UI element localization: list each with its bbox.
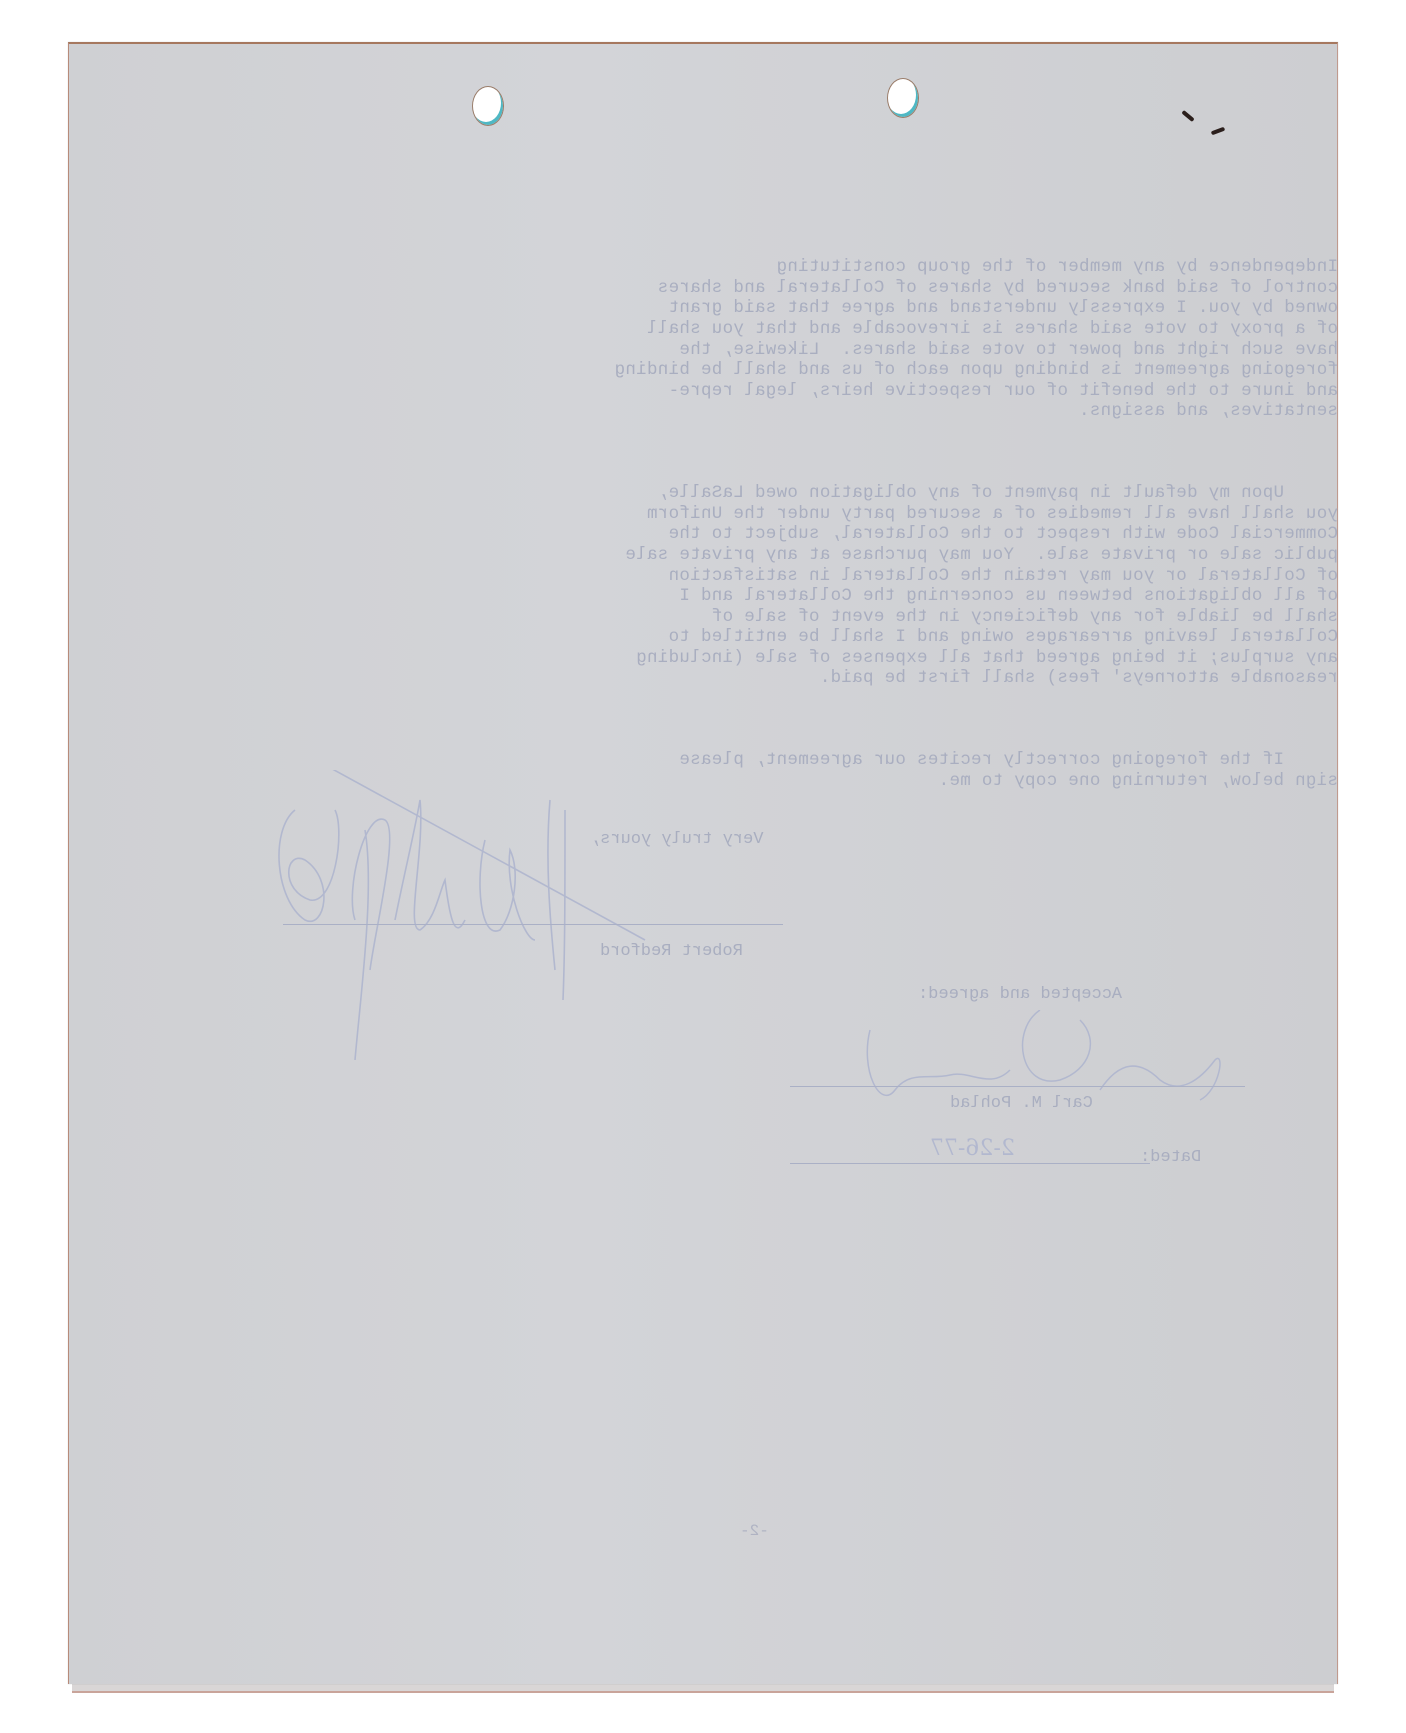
dated-value: 2-26-77 [930,1136,1015,1161]
dated-label: Dated: [1140,1148,1201,1167]
punch-hole-left [472,86,504,126]
signature-line-robert-redford [283,924,783,925]
paragraph-default-remedies: Upon my default in payment of any obliga… [318,483,1338,689]
accepted-label: Accepted and agreed: [918,985,1122,1004]
signer-name: Robert Redford [600,942,743,961]
signature-line-carl-pohlad [790,1086,1245,1087]
date-line [790,1163,1150,1164]
page-number: -2- [740,1522,769,1540]
edge-mark [1211,127,1226,136]
signature-robert-redford [265,770,785,1060]
punch-hole-right [887,78,919,118]
countersigner-name: Carl M. Pohlad [950,1094,1093,1113]
paragraph-voting-proxy: Independence by any member of the group … [318,257,1338,422]
letter-body: Independence by any member of the group … [318,216,1338,832]
edge-mark [1181,110,1194,122]
